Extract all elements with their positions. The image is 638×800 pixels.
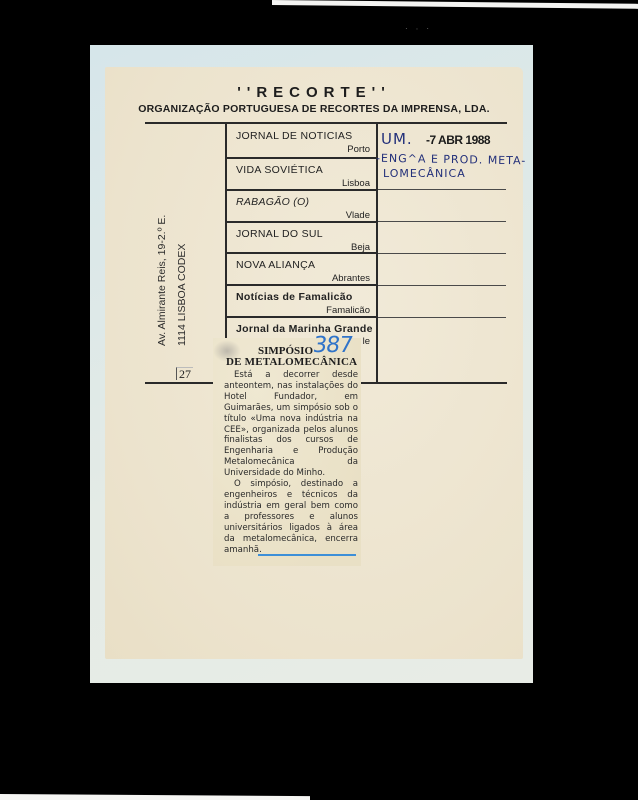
clipping-paragraph: Está a decorrer desde anteontem, nas ins… [224, 370, 358, 479]
handwritten-client: UM. [381, 130, 413, 148]
publication-name: Notícias de Famalicão [236, 291, 353, 303]
publication-row: Notícias de Famalicão Famalicão [228, 285, 376, 316]
publication-city: Porto [347, 144, 370, 155]
page-number: 27 [176, 367, 193, 380]
date-stamp: -7 ABR 1988 [426, 133, 490, 147]
column-divider-left [225, 122, 227, 342]
address-street: Av. Almirante Reis, 19-2.º E. [152, 146, 172, 346]
scan-edge-bottom [0, 794, 310, 800]
publication-city: le [363, 336, 370, 347]
publication-row: NOVA ALIANÇA Abrantes [228, 253, 376, 284]
notes-rule [378, 221, 506, 222]
publication-row: JORNAL DO SUL Beja [228, 222, 376, 253]
clipping-number: 387 [311, 333, 354, 358]
notes-rule [378, 317, 506, 318]
handwritten-subject-line2: LOMECÂNICA [383, 167, 466, 180]
notes-rule [378, 189, 506, 190]
blue-pencil-underline [258, 554, 356, 556]
publication-city: Lisboa [342, 178, 370, 189]
publication-name: VIDA SOVIÉTICA [236, 164, 323, 176]
clipping-paragraph: O simpósio, destinado a engenheiros e té… [224, 479, 358, 555]
publication-name: JORNAL DO SUL [236, 228, 323, 240]
address-city: 1114 LISBOA CODEX [172, 146, 192, 346]
address-block: Av. Almirante Reis, 19-2.º E. 1114 LISBO… [152, 146, 194, 346]
publication-name: NOVA ALIANÇA [236, 259, 315, 271]
publication-row: JORNAL DE NOTICIAS Porto [228, 124, 376, 155]
publication-city: Famalicão [326, 305, 370, 316]
organization-name: ORGANIZAÇÃO PORTUGUESA DE RECORTES DA IM… [105, 103, 523, 115]
publication-row: RABAGÃO (O) Vlade [228, 190, 376, 221]
notes-rule [378, 253, 506, 254]
clipping-body: Está a decorrer desde anteontem, nas ins… [224, 370, 358, 555]
publication-city: Abrantes [332, 273, 370, 284]
brand-title: ''RECORTE'' [105, 84, 523, 101]
notes-rule [378, 285, 506, 286]
publication-name: JORNAL DE NOTICIAS [236, 130, 352, 142]
publication-name: RABAGÃO (O) [236, 196, 309, 208]
publication-city: Beja [351, 242, 370, 253]
handwritten-subject-line1: -ENG^A E PROD. META- [376, 152, 527, 168]
publication-city: Vlade [346, 210, 370, 221]
scan-edge-top [272, 0, 638, 9]
publication-row: VIDA SOVIÉTICA Lisboa [228, 158, 376, 189]
dust-specks: · ∙ · [405, 24, 432, 33]
